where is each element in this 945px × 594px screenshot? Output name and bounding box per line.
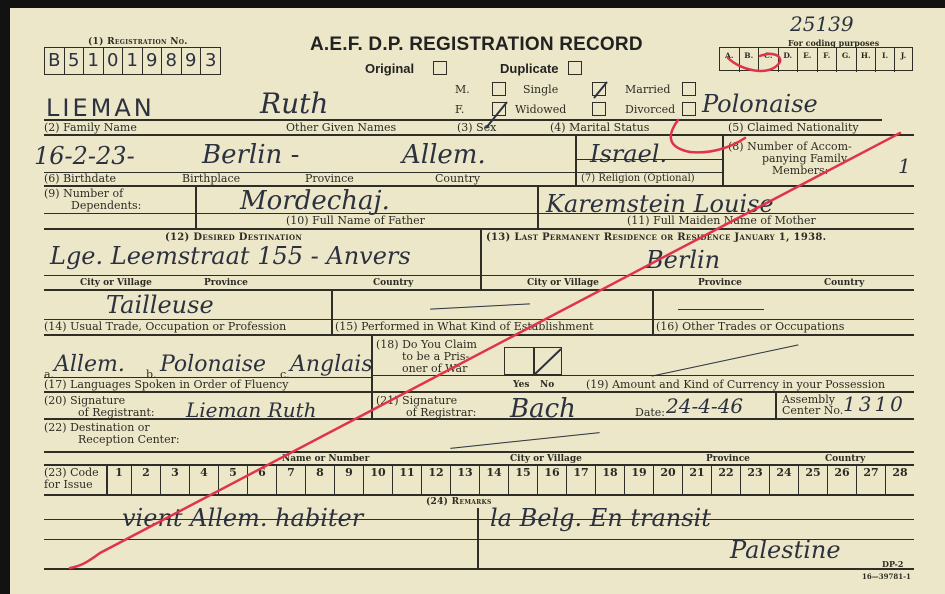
rule [575, 159, 722, 160]
divider [722, 135, 724, 185]
remarks-line2-right: Palestine [730, 538, 841, 562]
code-cell[interactable]: 23 [741, 464, 770, 494]
code-cell[interactable]: 5 [219, 464, 248, 494]
country-label: Country [435, 173, 480, 185]
reg-digit: B [45, 48, 65, 74]
code-cells: 1 2 3 4 5 6 7 8 9 10 11 12 13 14 15 16 1… [107, 464, 914, 494]
duplicate-label: Duplicate [500, 61, 559, 76]
reg-digit: 0 [104, 48, 124, 74]
rule [44, 451, 914, 453]
sex-m-label: M. [455, 84, 470, 96]
birthplace-label: Birthplace [182, 173, 240, 185]
divorced-label: Divorced [625, 104, 675, 116]
top-handwritten-number: 25139 [790, 14, 854, 34]
marital-status-label: (4) Marital Status [550, 122, 649, 134]
coding-boxes: A. B. C. D. E. F. G. H. I. J. [719, 47, 913, 71]
reg-digit: 9 [182, 48, 202, 74]
languages-label: (17) Languages Spoken in Order of Fluenc… [44, 379, 288, 391]
sex-f-checkbox[interactable] [492, 102, 506, 116]
assembly-value: 1310 [843, 394, 906, 414]
coding-cell: C. [759, 48, 779, 72]
sex-m-checkbox[interactable] [492, 82, 506, 96]
coding-cell: I. [876, 48, 895, 72]
rule [44, 418, 914, 420]
rule [44, 568, 914, 570]
other-trades-label: (16) Other Trades or Occupations [656, 321, 844, 333]
registration-card: (1) Registration No. B 5 1 0 1 9 8 9 3 A… [10, 8, 945, 594]
rule [44, 519, 914, 520]
rule [44, 334, 914, 336]
religion-value: Israel. [590, 142, 667, 166]
code-cell[interactable]: 21 [683, 464, 712, 494]
destination-label-2: Reception Center: [78, 434, 180, 446]
sig-registrant-value: Lieman Ruth [186, 400, 317, 420]
lang-a-value: Allem. [54, 354, 125, 376]
given-names-label: Other Given Names [286, 122, 396, 134]
code-cell[interactable]: 6 [248, 464, 277, 494]
given-names-value: Ruth [260, 90, 328, 118]
dash-mark [450, 432, 599, 449]
city-label: City or Village [527, 277, 599, 289]
divider [652, 289, 654, 335]
coding-cell: E. [798, 48, 818, 72]
assembly-label-2: Center No. [782, 405, 843, 417]
dash-mark [678, 309, 764, 310]
single-checkbox[interactable] [592, 82, 606, 96]
code-cell[interactable]: 14 [480, 464, 509, 494]
pow-boxes [504, 347, 562, 375]
form-title: A.E.F. D.P. REGISTRATION RECORD [310, 34, 643, 56]
dash-mark [652, 344, 799, 376]
coding-cell: F. [818, 48, 838, 72]
religion-label: (7) Religion (Optional) [581, 173, 695, 185]
divider [575, 135, 577, 185]
code-cell[interactable]: 25 [799, 464, 828, 494]
province-label: Province [698, 277, 742, 289]
married-label: Married [625, 84, 670, 96]
pow-label-3: oner of War [402, 363, 467, 375]
remarks-label: (24) Remarks [426, 496, 492, 508]
trade-label: (14) Usual Trade, Occupation or Professi… [44, 321, 286, 333]
divider [537, 185, 539, 228]
widowed-label: Widowed [515, 104, 566, 116]
province-label: Province [305, 173, 354, 185]
print-code: 16—39781-1 [862, 571, 911, 583]
coding-cell: J. [895, 48, 912, 72]
code-cell[interactable]: 11 [393, 464, 422, 494]
code-cell[interactable]: 18 [596, 464, 625, 494]
original-label: Original [365, 61, 414, 76]
divider [477, 508, 479, 568]
divider [533, 348, 535, 374]
sex-f-label: F. [455, 104, 464, 116]
divider [371, 334, 373, 418]
code-cell[interactable]: 8 [306, 464, 335, 494]
code-cell[interactable]: 12 [422, 464, 451, 494]
coding-cell: D. [779, 48, 799, 72]
code-cell[interactable]: 2 [132, 464, 161, 494]
code-cell[interactable]: 19 [625, 464, 654, 494]
divider [195, 185, 197, 228]
reg-digit: 1 [123, 48, 143, 74]
code-cell[interactable]: 1 [107, 464, 132, 494]
code-cell[interactable]: 24 [770, 464, 799, 494]
original-checkbox[interactable] [433, 61, 447, 75]
date-value: 24-4-46 [666, 396, 743, 416]
pow-yes-label: Yes [513, 379, 529, 391]
code-cell[interactable]: 22 [712, 464, 741, 494]
sex-label: (3) Sex [457, 122, 496, 134]
code-cell[interactable]: 3 [161, 464, 190, 494]
reg-digit: 1 [84, 48, 104, 74]
code-cell[interactable]: 16 [538, 464, 567, 494]
code-cell[interactable]: 9 [335, 464, 364, 494]
currency-label: (19) Amount and Kind of Currency in your… [586, 379, 885, 391]
nationality-label: (5) Claimed Nationality [728, 122, 859, 134]
birthdate-label: (6) Birthdate [44, 173, 116, 185]
code-label-2: for Issue [44, 479, 93, 491]
duplicate-checkbox[interactable] [568, 61, 582, 75]
coding-cell: B. [740, 48, 760, 72]
accompanying-label-3: Members: [772, 165, 828, 177]
code-cell[interactable]: 13 [451, 464, 480, 494]
last-residence-value: Berlin [646, 248, 720, 272]
code-cell[interactable]: 26 [828, 464, 857, 494]
dependents-label-2: Dependents: [71, 200, 141, 212]
code-cell[interactable]: 10 [364, 464, 393, 494]
code-cell[interactable]: 27 [857, 464, 886, 494]
divider [331, 289, 333, 335]
rule [44, 539, 914, 540]
remarks-line1-left: vient Allem. habiter [122, 506, 363, 530]
accompanying-value: 1 [898, 156, 911, 176]
country-label: Country [824, 277, 864, 289]
coding-cell: H. [857, 48, 877, 72]
single-label: Single [523, 84, 558, 96]
dash-mark [430, 303, 530, 309]
country-value: Allem. [402, 142, 486, 168]
code-cell[interactable]: 4 [190, 464, 219, 494]
family-name-label: (2) Family Name [44, 122, 137, 134]
divider [775, 391, 777, 418]
rule [44, 275, 914, 276]
family-name-value: LIEMAN [46, 96, 155, 120]
code-cell[interactable]: 28 [886, 464, 914, 494]
divorced-checkbox[interactable] [682, 102, 696, 116]
married-checkbox[interactable] [682, 82, 696, 96]
divider [480, 228, 482, 290]
province-label: Province [204, 277, 248, 289]
country-label: Country [373, 277, 413, 289]
rule [44, 228, 914, 230]
last-residence-label: (13) Last Permanent Residence or Residen… [486, 232, 826, 244]
birthplace-value: Berlin - [202, 142, 299, 168]
widowed-checkbox[interactable] [592, 102, 606, 116]
desired-destination-value: Lge. Leemstraat 155 - Anvers [50, 244, 411, 268]
establishment-label: (15) Performed in What Kind of Establish… [335, 321, 594, 333]
father-name-value: Mordechaj. [240, 188, 390, 214]
birthdate-value: 16-2-23- [34, 144, 135, 168]
reg-digit: 9 [143, 48, 163, 74]
rule [371, 375, 914, 376]
reg-digit: 3 [201, 48, 221, 74]
trade-value: Tailleuse [106, 293, 214, 317]
rule [44, 134, 914, 136]
father-name-label: (10) Full Name of Father [286, 215, 425, 227]
lang-c-value: Anglais [290, 354, 373, 376]
city-label: City or Village [80, 277, 152, 289]
remarks-line1-right: la Belg. En transit [490, 506, 711, 530]
rule [44, 185, 914, 187]
code-cell[interactable]: 20 [654, 464, 683, 494]
reg-digit: 8 [162, 48, 182, 74]
form-number: DP-2 [882, 558, 903, 570]
mother-name-label: (11) Full Maiden Name of Mother [627, 215, 816, 227]
nationality-value: Polonaise [702, 92, 818, 116]
code-cell[interactable]: 15 [509, 464, 538, 494]
code-cell[interactable]: 17 [567, 464, 596, 494]
reg-digit: 5 [65, 48, 85, 74]
registration-number-box: B 5 1 0 1 9 8 9 3 [44, 47, 221, 75]
coding-cell: A. [720, 48, 740, 72]
coding-cell: G. [837, 48, 857, 72]
lang-b-value: Polonaise [160, 354, 266, 376]
pow-no-label: No [540, 379, 554, 391]
code-cell[interactable]: 7 [277, 464, 306, 494]
